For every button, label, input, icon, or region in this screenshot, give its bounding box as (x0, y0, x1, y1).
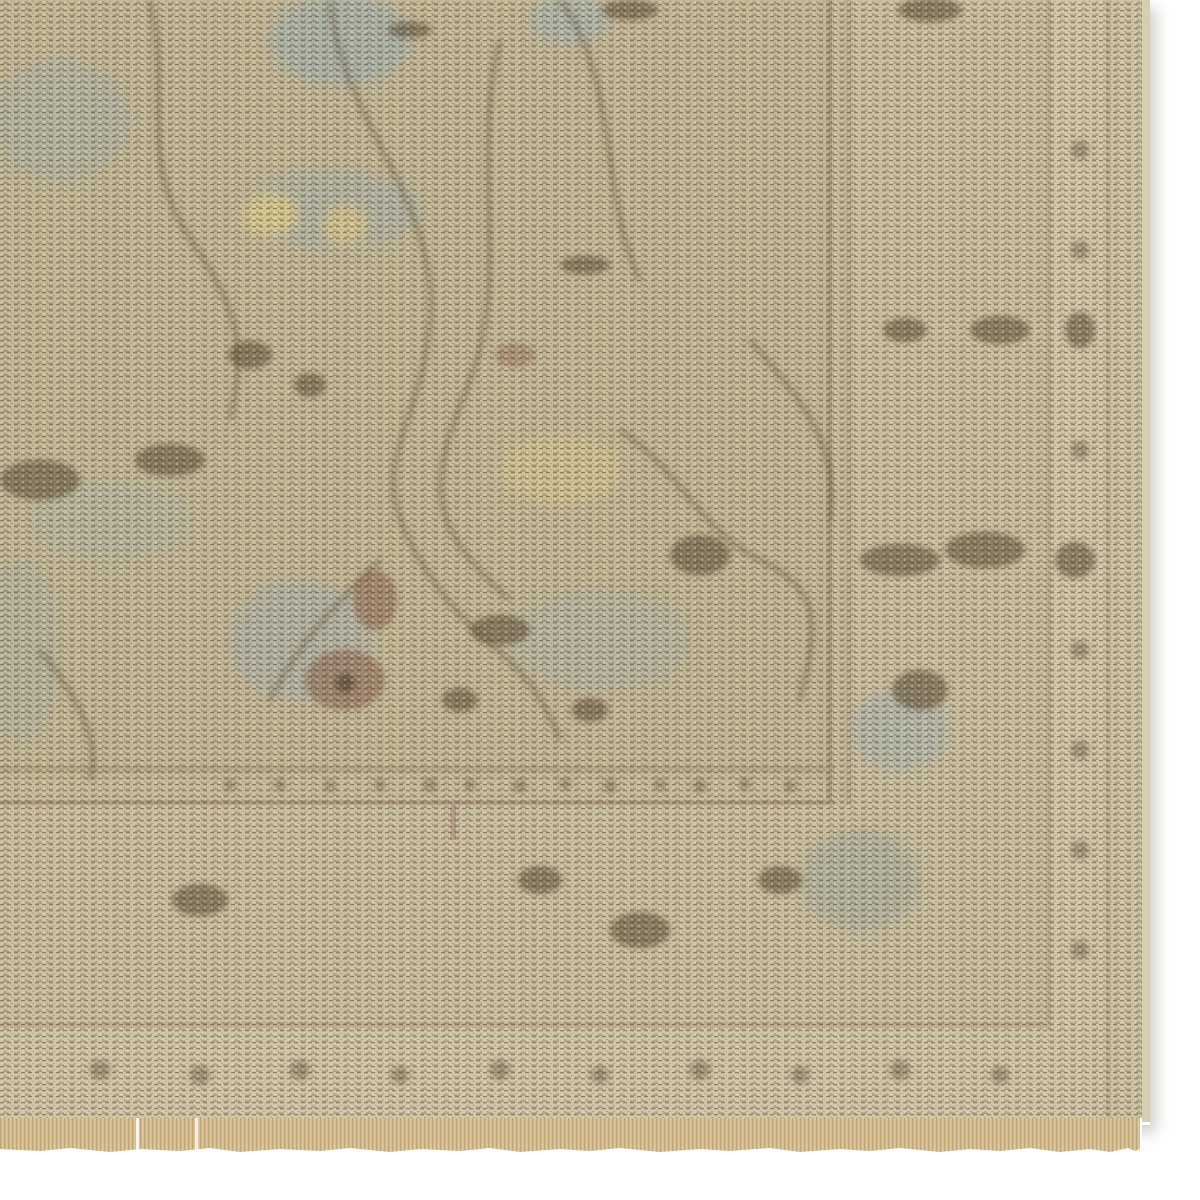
product-photo-scene (0, 0, 1200, 1200)
fringe-graphic (0, 1118, 1142, 1156)
rug-fringe (0, 1118, 1142, 1156)
rug-corner (0, 0, 1150, 1122)
rug-pattern-graphic (0, 0, 1150, 1122)
